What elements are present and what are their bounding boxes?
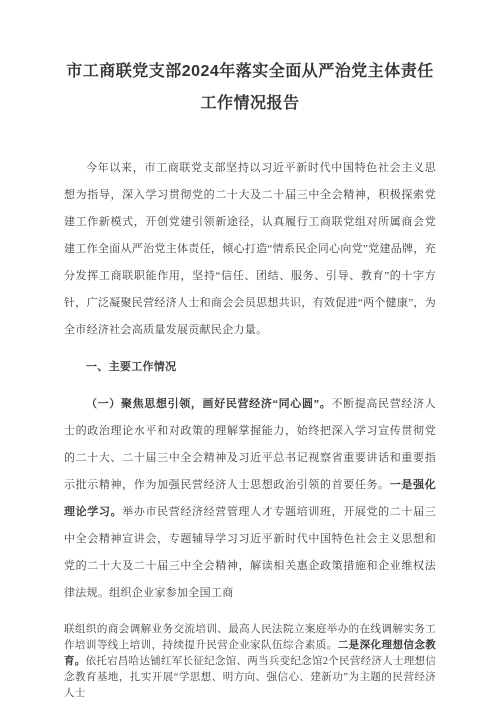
document-body: 今年以来，市工商联党支部坚持以习近平新时代中国特色社会主义思想为指导，深入学习贯… [64,155,436,702]
continuation-paragraph: 联组织的商会调解业务交流培训、最高人民法院立案庭举办的在线调解实务工作培训等线上… [64,622,436,702]
point2-text: 依托宕昌哈达铺红军长征纪念馆、两当兵变纪念馆2个民营经济人士理想信念教育基地，扎… [64,656,436,699]
intro-paragraph: 今年以来，市工商联党支部坚持以习近平新时代中国特色社会主义思想为指导，深入学习贯… [64,155,436,344]
item1-text: 不断提高民营经济人士的政治理论水平和对政策的理解掌握能力，始终把深入学习宣传贯彻… [64,398,436,491]
item1-paragraph: （一）聚焦思想引领，画好民营经济“同心圆”。不断提高民营经济人士的政治理论水平和… [64,391,436,607]
document-title: 市工商联党支部2024年落实全面从严治党主体责任 工作情况报告 [46,56,454,120]
document-page: 市工商联党支部2024年落实全面从严治党主体责任 工作情况报告 今年以来，市工商… [0,0,500,707]
title-line-1: 市工商联党支部2024年落实全面从严治党主体责任 [66,63,434,80]
title-line-2: 工作情况报告 [200,95,299,112]
point1-text: 举办市民营经济经营管理人才专题培训班，开展党的二十届三中全会精神宣讲会，专题辅导… [64,506,436,599]
item1-lead: （一）聚焦思想引领，画好民营经济“同心圆”。 [86,398,331,410]
section-heading-1: 一、主要工作情况 [64,354,436,381]
